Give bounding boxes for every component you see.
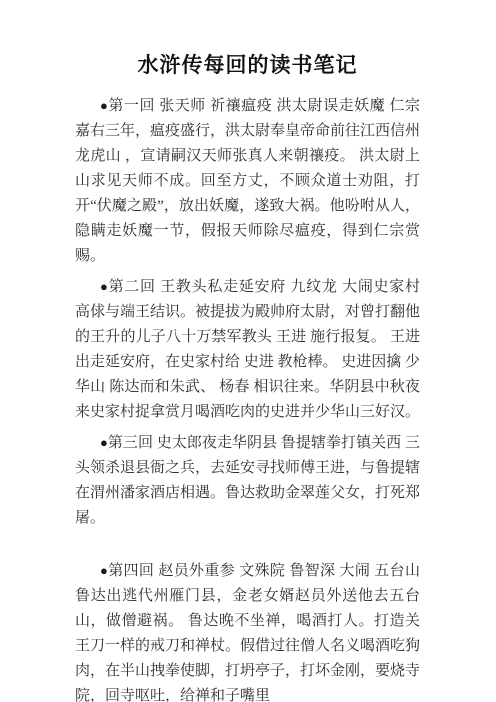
paragraph-chapter-1: ●第一回 张天师 祈禳瘟疫 洪太尉误走妖魔 仁宗嘉右三年，瘟疫盛行，洪太尉奉皇帝… <box>75 93 420 269</box>
bullet-icon: ● <box>100 563 108 578</box>
page-title: 水浒传每回的读书笔记 <box>75 50 420 80</box>
paragraph-chapter-4: ●第四回 赵员外重参 文殊院 鲁智深 大闹 五台山鲁达出逃代州雁门县，金老女婿赵… <box>75 558 420 702</box>
paragraph-text: 第二回 王教头私走延安府 九纹龙 大闹史家村 高俅与端王结识。被提拔为殿帅府太尉… <box>75 279 420 420</box>
paragraph-text: 第一回 张天师 祈禳瘟疫 洪太尉误走妖魔 仁宗嘉右三年，瘟疫盛行，洪太尉奉皇帝命… <box>75 98 420 264</box>
bullet-icon: ● <box>100 279 109 294</box>
paragraph-text: 第三回 史太郎夜走华阴县 鲁提辖拳打镇关西 三头领杀退县衙之兵，去延安寻找师傅王… <box>75 435 420 526</box>
bullet-icon: ● <box>100 435 108 450</box>
paragraph-text: 第四回 赵员外重参 文殊院 鲁智深 大闹 五台山鲁达出逃代州雁门县，金老女婿赵员… <box>75 563 420 702</box>
paragraph-chapter-2: ●第二回 王教头私走延安府 九纹龙 大闹史家村 高俅与端王结识。被提拔为殿帅府太… <box>75 274 420 425</box>
paragraph-chapter-3: ●第三回 史太郎夜走华阴县 鲁提辖拳打镇关西 三头领杀退县衙之兵，去延安寻找师傅… <box>75 430 420 531</box>
document-page: 水浒传每回的读书笔记 ●第一回 张天师 祈禳瘟疫 洪太尉误走妖魔 仁宗嘉右三年，… <box>0 0 496 702</box>
